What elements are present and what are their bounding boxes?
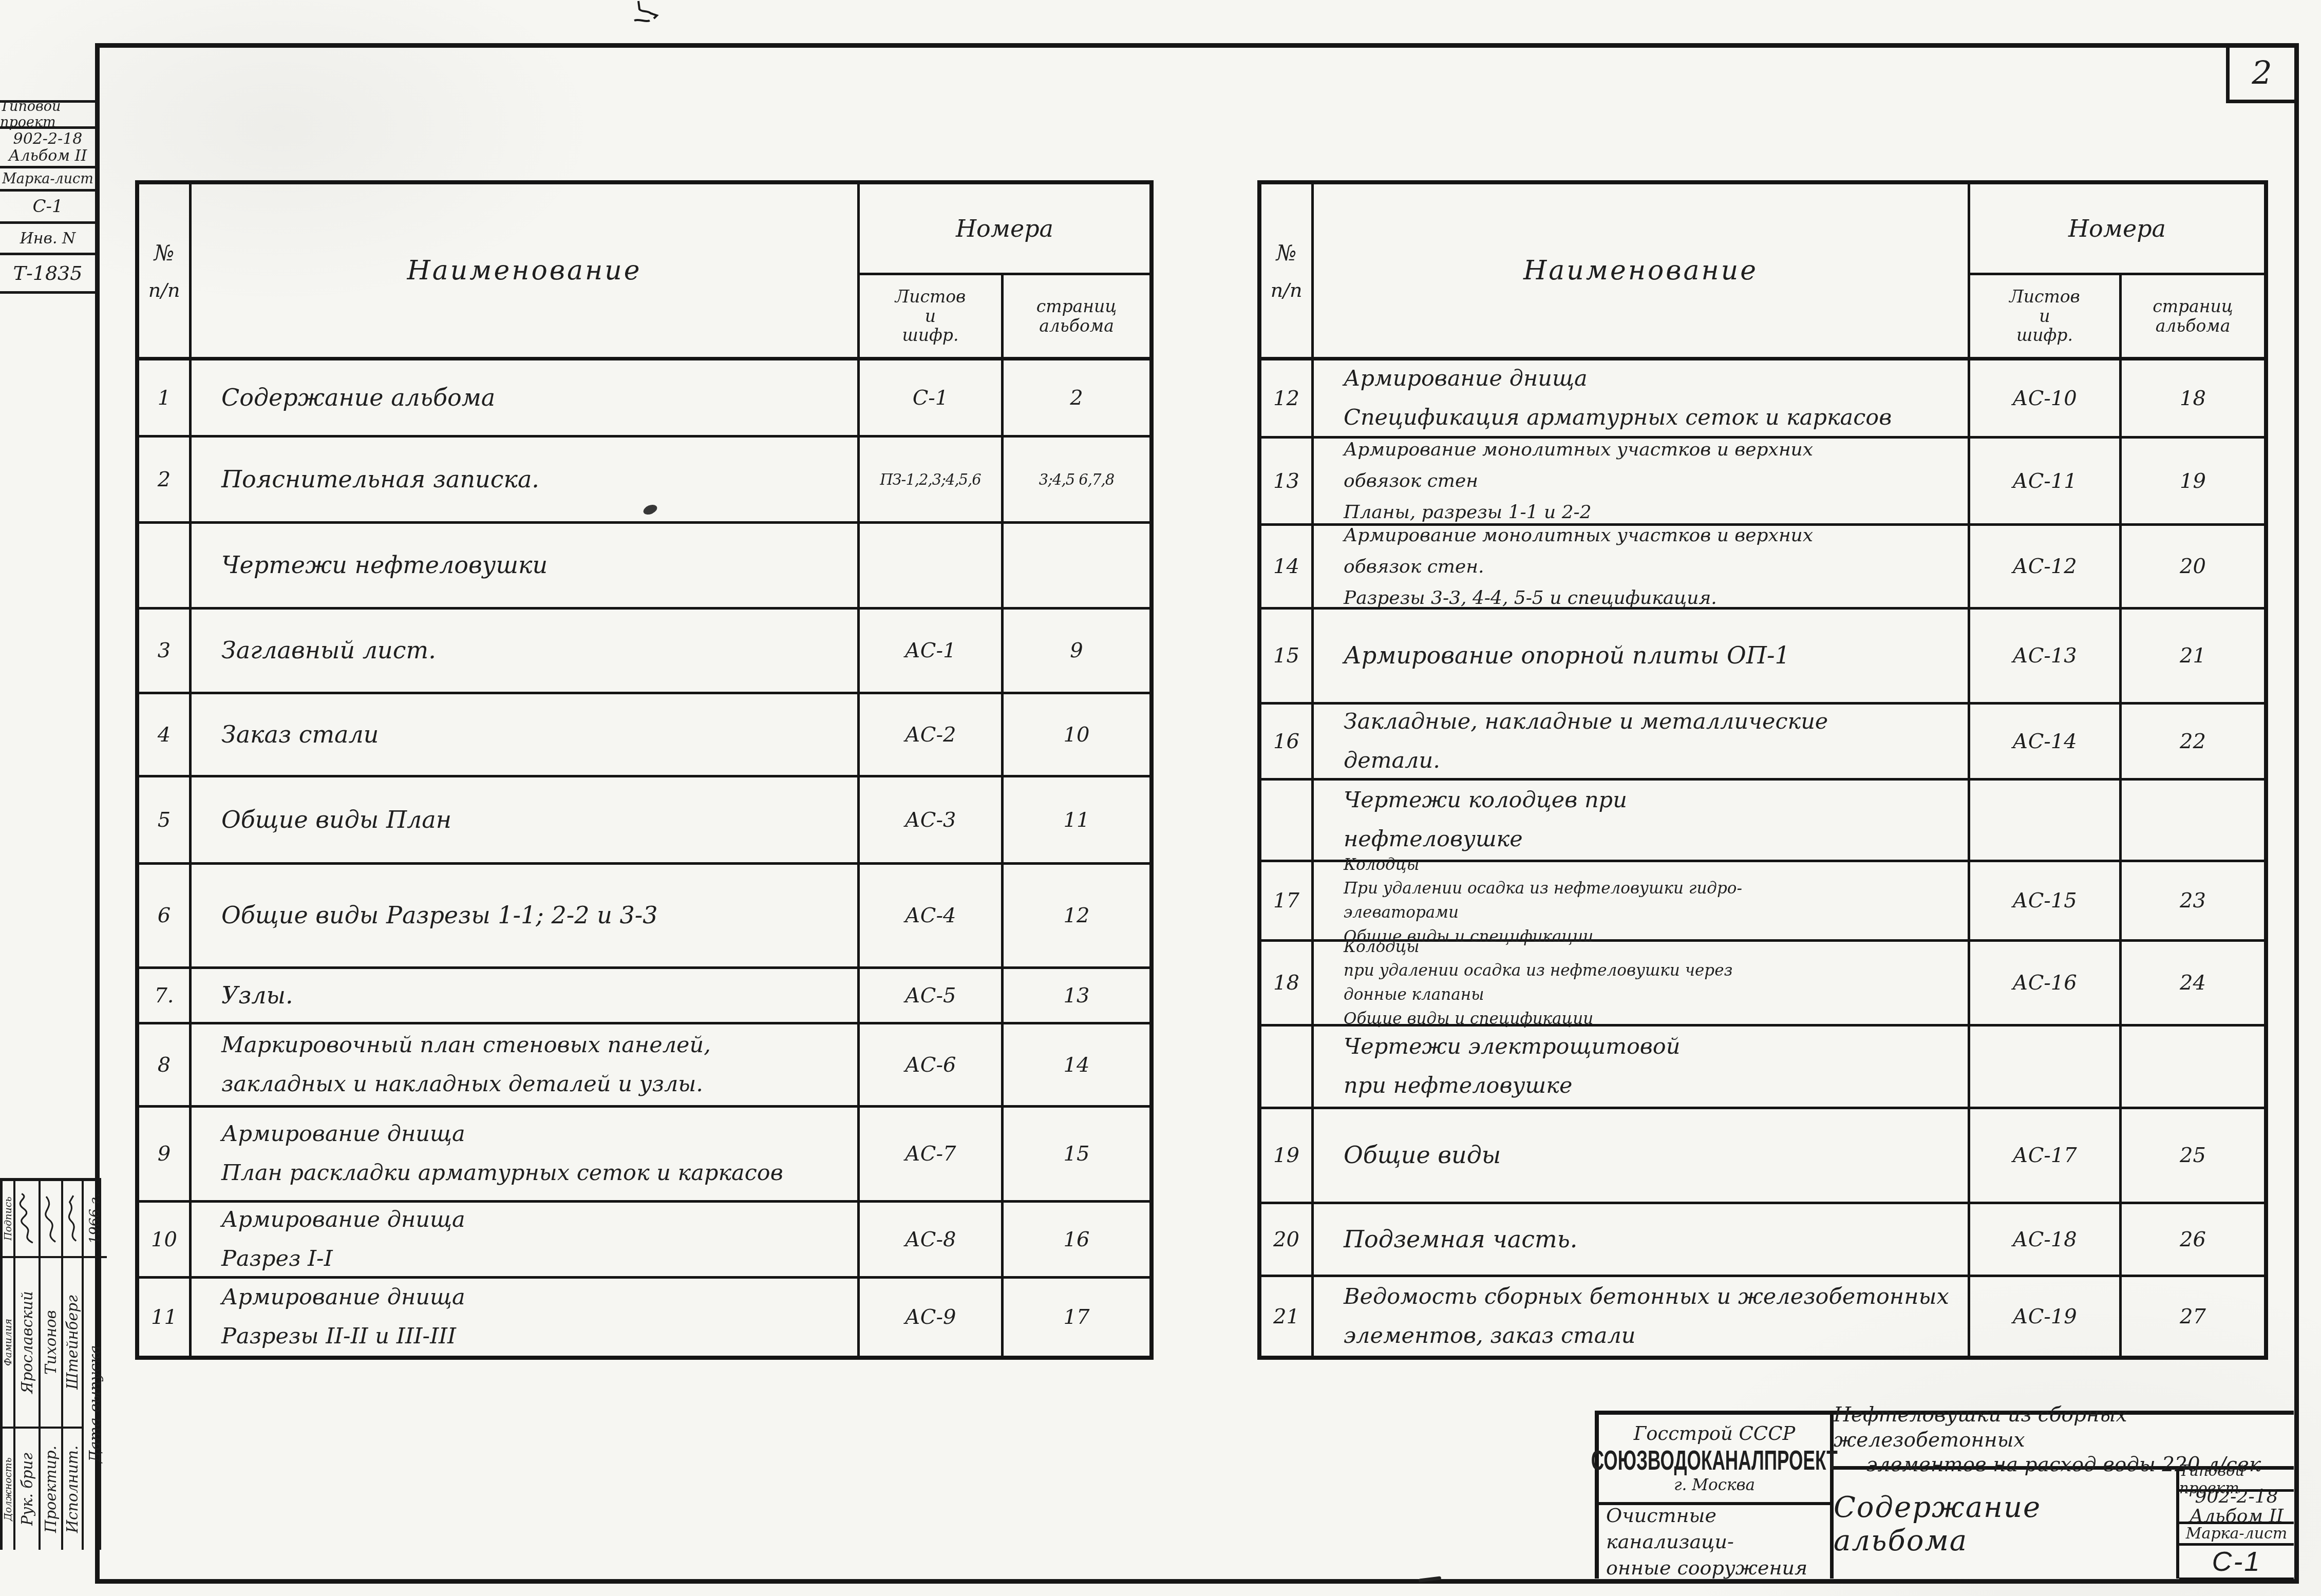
signature-row: Рук. бриг Ярославский xyxy=(15,1181,41,1550)
row-sheet-code: АС-6 xyxy=(860,1024,1004,1105)
row-sheet-code: АС-3 xyxy=(860,777,1004,862)
row-number: 19 xyxy=(1261,1109,1314,1202)
toc-row: 9Армирование днищаПлан раскладки арматур… xyxy=(139,1108,1149,1203)
contents-table-left: №п/п Наименование Номера Листовишифр. ст… xyxy=(135,180,1154,1360)
role-label: Исполнит. xyxy=(63,1427,82,1550)
toc-row: 17КолодцыПри удалении осадка из нефтелов… xyxy=(1261,862,2264,942)
row-sheet-code: АС-11 xyxy=(1970,439,2122,523)
toc-section-row: Чертежи электрощитовойпри нефтеловушке xyxy=(1261,1027,2264,1109)
row-album-page: 25 xyxy=(2122,1109,2264,1202)
project-number: 902-2-18 Альбом II xyxy=(2179,1492,2294,1524)
signature-date-row: Дата выпуска 1966 г. xyxy=(84,1181,107,1550)
signature-scribble-icon xyxy=(15,1181,39,1256)
row-sheet-code: ПЗ-1,2,3;4,5,6 xyxy=(860,438,1004,521)
row-number: 15 xyxy=(1261,610,1314,702)
toc-row: 6Общие виды Разрезы 1-1; 2-2 и 3-3АС-412 xyxy=(139,865,1149,969)
row-album-page: 22 xyxy=(2122,705,2264,778)
row-album-page: 20 xyxy=(2122,526,2264,607)
row-number xyxy=(1261,781,1314,860)
title-block-stamp: Типовой проект 902-2-18 Альбом II Марка-… xyxy=(2176,1470,2294,1579)
mark-label: Марка-лист xyxy=(2179,1524,2294,1546)
row-title: КолодцыПри удалении осадка из нефтеловуш… xyxy=(1314,862,1970,939)
row-title: Пояснительная записка. xyxy=(192,438,860,521)
row-album-page: 17 xyxy=(1004,1279,1149,1356)
role-label: Проектир. xyxy=(41,1427,61,1550)
row-number xyxy=(1261,1027,1314,1107)
row-number: 16 xyxy=(1261,705,1314,778)
row-sheet-code: АС-13 xyxy=(1970,610,2122,702)
toc-row: 4Заказ сталиАС-210 xyxy=(139,694,1149,777)
row-number: 18 xyxy=(1261,942,1314,1024)
row-number: 1 xyxy=(139,360,192,435)
row-sheet-code: АС-18 xyxy=(1970,1204,2122,1275)
department-name: Очистные канализаци- онные сооружения xyxy=(1599,1505,1830,1579)
scanned-sheet: 2 Типовой проект 902-2-18Альбом II Марка… xyxy=(0,0,2321,1596)
row-album-page: 14 xyxy=(1004,1024,1149,1105)
row-album-page: 23 xyxy=(2122,862,2264,939)
column-header-name: Наименование xyxy=(192,184,860,357)
row-album-page: 13 xyxy=(1004,969,1149,1022)
row-album-page: 19 xyxy=(2122,439,2264,523)
row-title: Заглавный лист. xyxy=(192,610,860,692)
toc-row: 1Содержание альбомаС-12 xyxy=(139,360,1149,438)
toc-row: 5Общие виды ПланАС-311 xyxy=(139,777,1149,865)
toc-row: 21Ведомость сборных бетонных и железобет… xyxy=(1261,1277,2264,1356)
row-title: Общие виды Разрезы 1-1; 2-2 и 3-3 xyxy=(192,865,860,966)
column-header-sheets: Листовишифр. xyxy=(860,275,1004,357)
row-number: 7. xyxy=(139,969,192,1022)
row-album-page: 15 xyxy=(1004,1108,1149,1200)
row-album-page xyxy=(2122,1027,2264,1107)
row-title: Армирование днищаСпецификация арматурных… xyxy=(1314,360,1970,436)
row-number: 5 xyxy=(139,777,192,862)
row-title: Содержание альбома xyxy=(192,360,860,435)
toc-section-row: Чертежи нефтеловушки xyxy=(139,524,1149,610)
mark-value: С-1 xyxy=(2179,1546,2294,1580)
row-number: 3 xyxy=(139,610,192,692)
row-album-page xyxy=(1004,524,1149,607)
row-title: Армирование монолитных участков и верхни… xyxy=(1314,526,1970,607)
organization-city: г. Москва xyxy=(1674,1476,1755,1494)
row-sheet-code: АС-17 xyxy=(1970,1109,2122,1202)
row-title: Чертежи электрощитовойпри нефтеловушке xyxy=(1314,1027,1970,1107)
signature-scribble-icon xyxy=(41,1181,61,1256)
row-sheet-code: АС-2 xyxy=(860,694,1004,775)
column-header-numbers: Номера xyxy=(860,184,1149,275)
row-sheet-code: АС-15 xyxy=(1970,862,2122,939)
row-album-page: 11 xyxy=(1004,777,1149,862)
toc-row: 20Подземная часть.АС-1826 xyxy=(1261,1204,2264,1277)
title-block-organization: Госстрой СССР СОЮЗВОДОКАНАЛПРОЕКТ г. Мос… xyxy=(1599,1415,1834,1579)
row-title: Заказ стали xyxy=(192,694,860,775)
row-number: 13 xyxy=(1261,439,1314,523)
row-sheet-code: С-1 xyxy=(860,360,1004,435)
toc-row: 11Армирование днищаРазрезы II-II и III-I… xyxy=(139,1279,1149,1356)
row-number: 12 xyxy=(1261,360,1314,436)
row-album-page: 16 xyxy=(1004,1203,1149,1276)
row-title: Чертежи нефтеловушки xyxy=(192,524,860,607)
column-header-numbers-group: Номера Листовишифр. страницальбома xyxy=(1970,184,2264,357)
row-title: Армирование днищаРазрезы II-II и III-III xyxy=(192,1279,860,1356)
sheet-title: Содержание альбома xyxy=(1834,1470,2173,1579)
row-number: 2 xyxy=(139,438,192,521)
row-album-page: 18 xyxy=(2122,360,2264,436)
row-number: 20 xyxy=(1261,1204,1314,1275)
row-album-page: 27 xyxy=(2122,1277,2264,1356)
stamp-type-label: Типовой проект xyxy=(0,103,96,129)
signature-block: Должность Фамилия Подпись Рук. бриг Ярос… xyxy=(0,1181,96,1550)
signature-row: Проектир. Тихонов xyxy=(41,1181,63,1550)
project-name: Нефтеловушки из сборных железобетонных э… xyxy=(1834,1415,2294,1470)
row-number: 6 xyxy=(139,865,192,966)
row-sheet-code: АС-9 xyxy=(860,1279,1004,1356)
page-number-box: 2 xyxy=(2226,45,2298,103)
row-album-page: 3;4,5 6,7,8 xyxy=(1004,438,1149,521)
row-sheet-code: АС-4 xyxy=(860,865,1004,966)
row-number: 17 xyxy=(1261,862,1314,939)
row-album-page: 10 xyxy=(1004,694,1149,775)
stamp-inventory-label: Инв. N xyxy=(0,224,96,255)
row-title: Армирование монолитных участков и верхни… xyxy=(1314,439,1970,523)
toc-row: 15Армирование опорной плиты ОП-1АС-1321 xyxy=(1261,610,2264,705)
stamp-mark-label: Марка-лист xyxy=(0,168,96,192)
toc-row: 13Армирование монолитных участков и верх… xyxy=(1261,439,2264,526)
row-number: 4 xyxy=(139,694,192,775)
row-number: 14 xyxy=(1261,526,1314,607)
ink-scribble-artifact xyxy=(624,0,681,31)
row-title: Маркировочный план стеновых панелей,закл… xyxy=(192,1024,860,1105)
row-title: Армирование днищаПлан раскладки арматурн… xyxy=(192,1108,860,1200)
signature-scribble-icon xyxy=(63,1181,82,1256)
row-sheet-code: АС-14 xyxy=(1970,705,2122,778)
column-header-number: №п/п xyxy=(1261,184,1314,357)
row-number: 11 xyxy=(139,1279,192,1356)
row-album-page: 9 xyxy=(1004,610,1149,692)
organization-name: СОЮЗВОДОКАНАЛПРОЕКТ xyxy=(1591,1446,1838,1477)
row-title: Общие виды План xyxy=(192,777,860,862)
signature-row: Исполнит. Штейнберг xyxy=(63,1181,84,1550)
row-sheet-code: АС-1 xyxy=(860,610,1004,692)
column-header-pages: страницальбома xyxy=(1004,275,1149,357)
header-name: Фамилия xyxy=(3,1256,13,1427)
row-sheet-code: АС-5 xyxy=(860,969,1004,1022)
date-value: 1966 г. xyxy=(84,1181,107,1256)
column-header-number: №п/п xyxy=(139,184,192,357)
corner-stamp: Типовой проект 902-2-18Альбом II Марка-л… xyxy=(0,100,99,294)
row-sheet-code: АС-7 xyxy=(860,1108,1004,1200)
toc-row: 18Колодцыпри удалении осадка из нефтелов… xyxy=(1261,942,2264,1027)
stamp-project-number: 902-2-18Альбом II xyxy=(0,129,96,168)
toc-row: 3Заглавный лист.АС-19 xyxy=(139,610,1149,694)
toc-row: 8Маркировочный план стеновых панелей,зак… xyxy=(139,1024,1149,1108)
title-block: Госстрой СССР СОЮЗВОДОКАНАЛПРОЕКТ г. Мос… xyxy=(1595,1411,2294,1579)
authority-label: Госстрой СССР xyxy=(1634,1422,1796,1445)
row-album-page: 12 xyxy=(1004,865,1149,966)
row-album-page xyxy=(2122,781,2264,860)
table-header: №п/п Наименование Номера Листовишифр. ст… xyxy=(1261,184,2264,360)
row-sheet-code: АС-16 xyxy=(1970,942,2122,1024)
date-label: Дата выпуска xyxy=(84,1256,107,1550)
row-sheet-code: АС-8 xyxy=(860,1203,1004,1276)
row-album-page: 26 xyxy=(2122,1204,2264,1275)
row-sheet-code: АС-12 xyxy=(1970,526,2122,607)
row-title: Чертежи колодцев принефтеловушке xyxy=(1314,781,1970,860)
person-name: Тихонов xyxy=(41,1256,61,1427)
header-role: Должность xyxy=(3,1427,13,1550)
toc-row: 16Закладные, накладные и металлическиеде… xyxy=(1261,705,2264,781)
row-sheet-code: АС-19 xyxy=(1970,1277,2122,1356)
page-number: 2 xyxy=(2252,54,2272,91)
toc-row: 7.Узлы.АС-513 xyxy=(139,969,1149,1024)
row-album-page: 21 xyxy=(2122,610,2264,702)
table-header: №п/п Наименование Номера Листовишифр. ст… xyxy=(139,184,1149,360)
toc-row: 12Армирование днищаСпецификация арматурн… xyxy=(1261,360,2264,439)
column-header-pages: страницальбома xyxy=(2122,275,2264,357)
row-album-page: 24 xyxy=(2122,942,2264,1024)
row-title: Армирование днищаРазрез I-I xyxy=(192,1203,860,1276)
row-sheet-code xyxy=(860,524,1004,607)
column-header-sheets: Листовишифр. xyxy=(1970,275,2122,357)
toc-row: 14Армирование монолитных участков и верх… xyxy=(1261,526,2264,610)
column-header-numbers-group: Номера Листовишифр. страницальбома xyxy=(860,184,1149,357)
row-number xyxy=(139,524,192,607)
row-number: 21 xyxy=(1261,1277,1314,1356)
stamp-mark-value: С-1 xyxy=(0,192,96,224)
row-number: 9 xyxy=(139,1108,192,1200)
row-title: Закладные, накладные и металлическиедета… xyxy=(1314,705,1970,778)
stamp-inventory-number: Т-1835 xyxy=(0,255,96,294)
row-number: 8 xyxy=(139,1024,192,1105)
row-title: Армирование опорной плиты ОП-1 xyxy=(1314,610,1970,702)
row-title: Колодцыпри удалении осадка из нефтеловуш… xyxy=(1314,942,1970,1024)
toc-section-row: Чертежи колодцев принефтеловушке xyxy=(1261,781,2264,862)
row-album-page: 2 xyxy=(1004,360,1149,435)
person-name: Штейнберг xyxy=(63,1256,82,1427)
toc-row: 10Армирование днищаРазрез I-IАС-816 xyxy=(139,1203,1149,1279)
role-label: Рук. бриг xyxy=(15,1427,39,1550)
toc-row: 19Общие видыАС-1725 xyxy=(1261,1109,2264,1204)
row-sheet-code xyxy=(1970,1027,2122,1107)
row-title: Подземная часть. xyxy=(1314,1204,1970,1275)
row-number: 10 xyxy=(139,1203,192,1276)
contents-table-right: №п/п Наименование Номера Листовишифр. ст… xyxy=(1257,180,2268,1360)
row-title: Ведомость сборных бетонных и железобетон… xyxy=(1314,1277,1970,1356)
column-header-numbers: Номера xyxy=(1970,184,2264,275)
row-title: Общие виды xyxy=(1314,1109,1970,1202)
signature-header-row: Должность Фамилия Подпись xyxy=(3,1181,15,1550)
column-header-name: Наименование xyxy=(1314,184,1970,357)
person-name: Ярославский xyxy=(15,1256,39,1427)
header-signature: Подпись xyxy=(3,1181,13,1256)
row-title: Узлы. xyxy=(192,969,860,1022)
row-sheet-code xyxy=(1970,781,2122,860)
row-sheet-code: АС-10 xyxy=(1970,360,2122,436)
